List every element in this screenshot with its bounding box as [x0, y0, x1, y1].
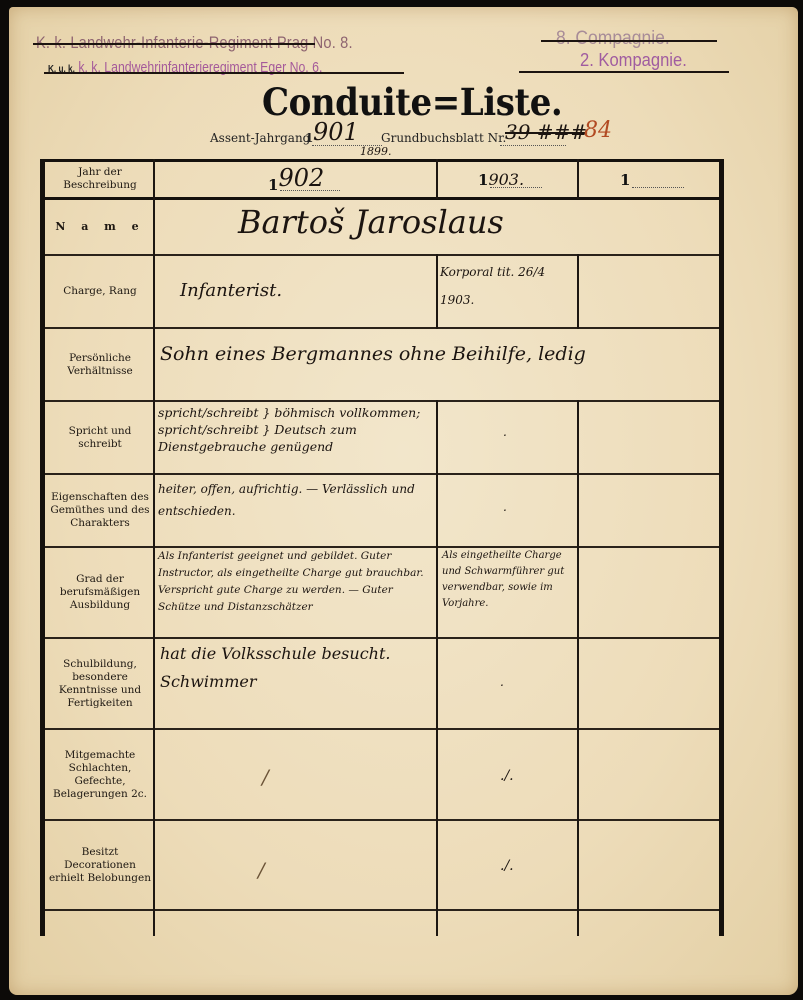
assent-year-value: 901 — [313, 118, 359, 146]
strikethrough-line — [44, 72, 404, 74]
assent-year-correction: 1899. — [360, 145, 392, 158]
document-title: Conduite=Liste. — [262, 80, 562, 124]
battles-value-1903: ./. — [500, 768, 514, 784]
column-divider — [577, 254, 579, 329]
year-prefix: 1 — [620, 171, 630, 189]
year-cell-1: 1902 — [268, 168, 324, 196]
battles-value-1902: / — [262, 765, 269, 789]
training-value-1903: Als eingetheilte Charge und Schwarmführe… — [442, 548, 576, 612]
row-divider — [44, 909, 720, 911]
assent-label: Assent-Jahrgang — [210, 131, 310, 145]
table-left-border — [40, 159, 45, 936]
row-label-battles: Mitgemachte Schlachten, Gefechte, Belage… — [46, 730, 154, 819]
column-divider — [577, 400, 579, 936]
languages-value-1902: spricht/schreibt } böhmisch vollkommen; … — [158, 404, 434, 455]
charge-value-1903: Korporal tit. 26/4 1903. — [440, 258, 570, 314]
education-value-1903: . — [500, 675, 504, 689]
table-right-border — [719, 159, 724, 936]
column-divider — [436, 400, 438, 936]
year-prefix: 1 — [478, 171, 488, 189]
grundbuch-label: Grundbuchsblatt Nr. — [381, 131, 506, 145]
education-value-1902: hat die Volksschule besucht. Schwimmer — [160, 640, 432, 696]
row-label-personal: Persönliche Verhältnisse — [46, 329, 154, 400]
row-label-character: Eigenschaften des Gemüthes und des Chara… — [46, 475, 154, 546]
column-divider — [577, 159, 579, 199]
decorations-value-1902: / — [258, 858, 265, 882]
year-value: 902 — [278, 164, 324, 192]
company-stamp-new: 2. Kompagnie. — [580, 50, 687, 71]
character-value-1902: heiter, offen, aufrichtig. — Verlässlich… — [158, 478, 434, 522]
strikethrough-line — [541, 40, 717, 42]
row-label-education: Schulbildung, besondere Kenntnisse und F… — [46, 639, 154, 728]
row-label-languages: Spricht und schreibt — [46, 402, 154, 473]
column-divider — [436, 159, 438, 199]
training-value-1902: Als Infanterist geeignet und gebildet. G… — [158, 548, 436, 616]
languages-value-1903: . — [503, 425, 507, 439]
year-field-line — [490, 187, 542, 188]
strikethrough-line — [33, 43, 315, 45]
year-cell-3: 1 — [620, 170, 630, 189]
header-label: Jahr der Beschreibung — [46, 161, 154, 197]
grundbuch-value-struck: 39 ### — [505, 120, 587, 144]
year-field-line — [632, 187, 684, 188]
grundbuch-field-line — [500, 145, 566, 146]
year-field-line — [280, 190, 340, 191]
name-value: Bartoš Jaroslaus — [238, 203, 504, 241]
row-label-training: Grad der berufsmäßigen Ausbildung — [46, 548, 154, 637]
decorations-value-1903: ./. — [500, 858, 514, 874]
company-underline — [519, 71, 729, 73]
column-divider — [436, 254, 438, 329]
grundbuch-value: 84 — [584, 118, 612, 143]
assent-field-line — [312, 145, 382, 146]
personal-value: Sohn eines Bergmannes ohne Beihilfe, led… — [160, 343, 586, 365]
row-label-name: N a m e — [46, 199, 154, 254]
character-value-1903: . — [503, 500, 507, 514]
charge-value-1902: Infanterist. — [180, 280, 282, 301]
row-label-charge: Charge, Rang — [46, 256, 154, 327]
company-stamp-old: 8. Compagnie. — [556, 28, 670, 50]
row-label-decorations: Besitzt Decorationen erhielt Belobungen — [46, 821, 154, 909]
year-prefix: 1 — [268, 176, 278, 194]
